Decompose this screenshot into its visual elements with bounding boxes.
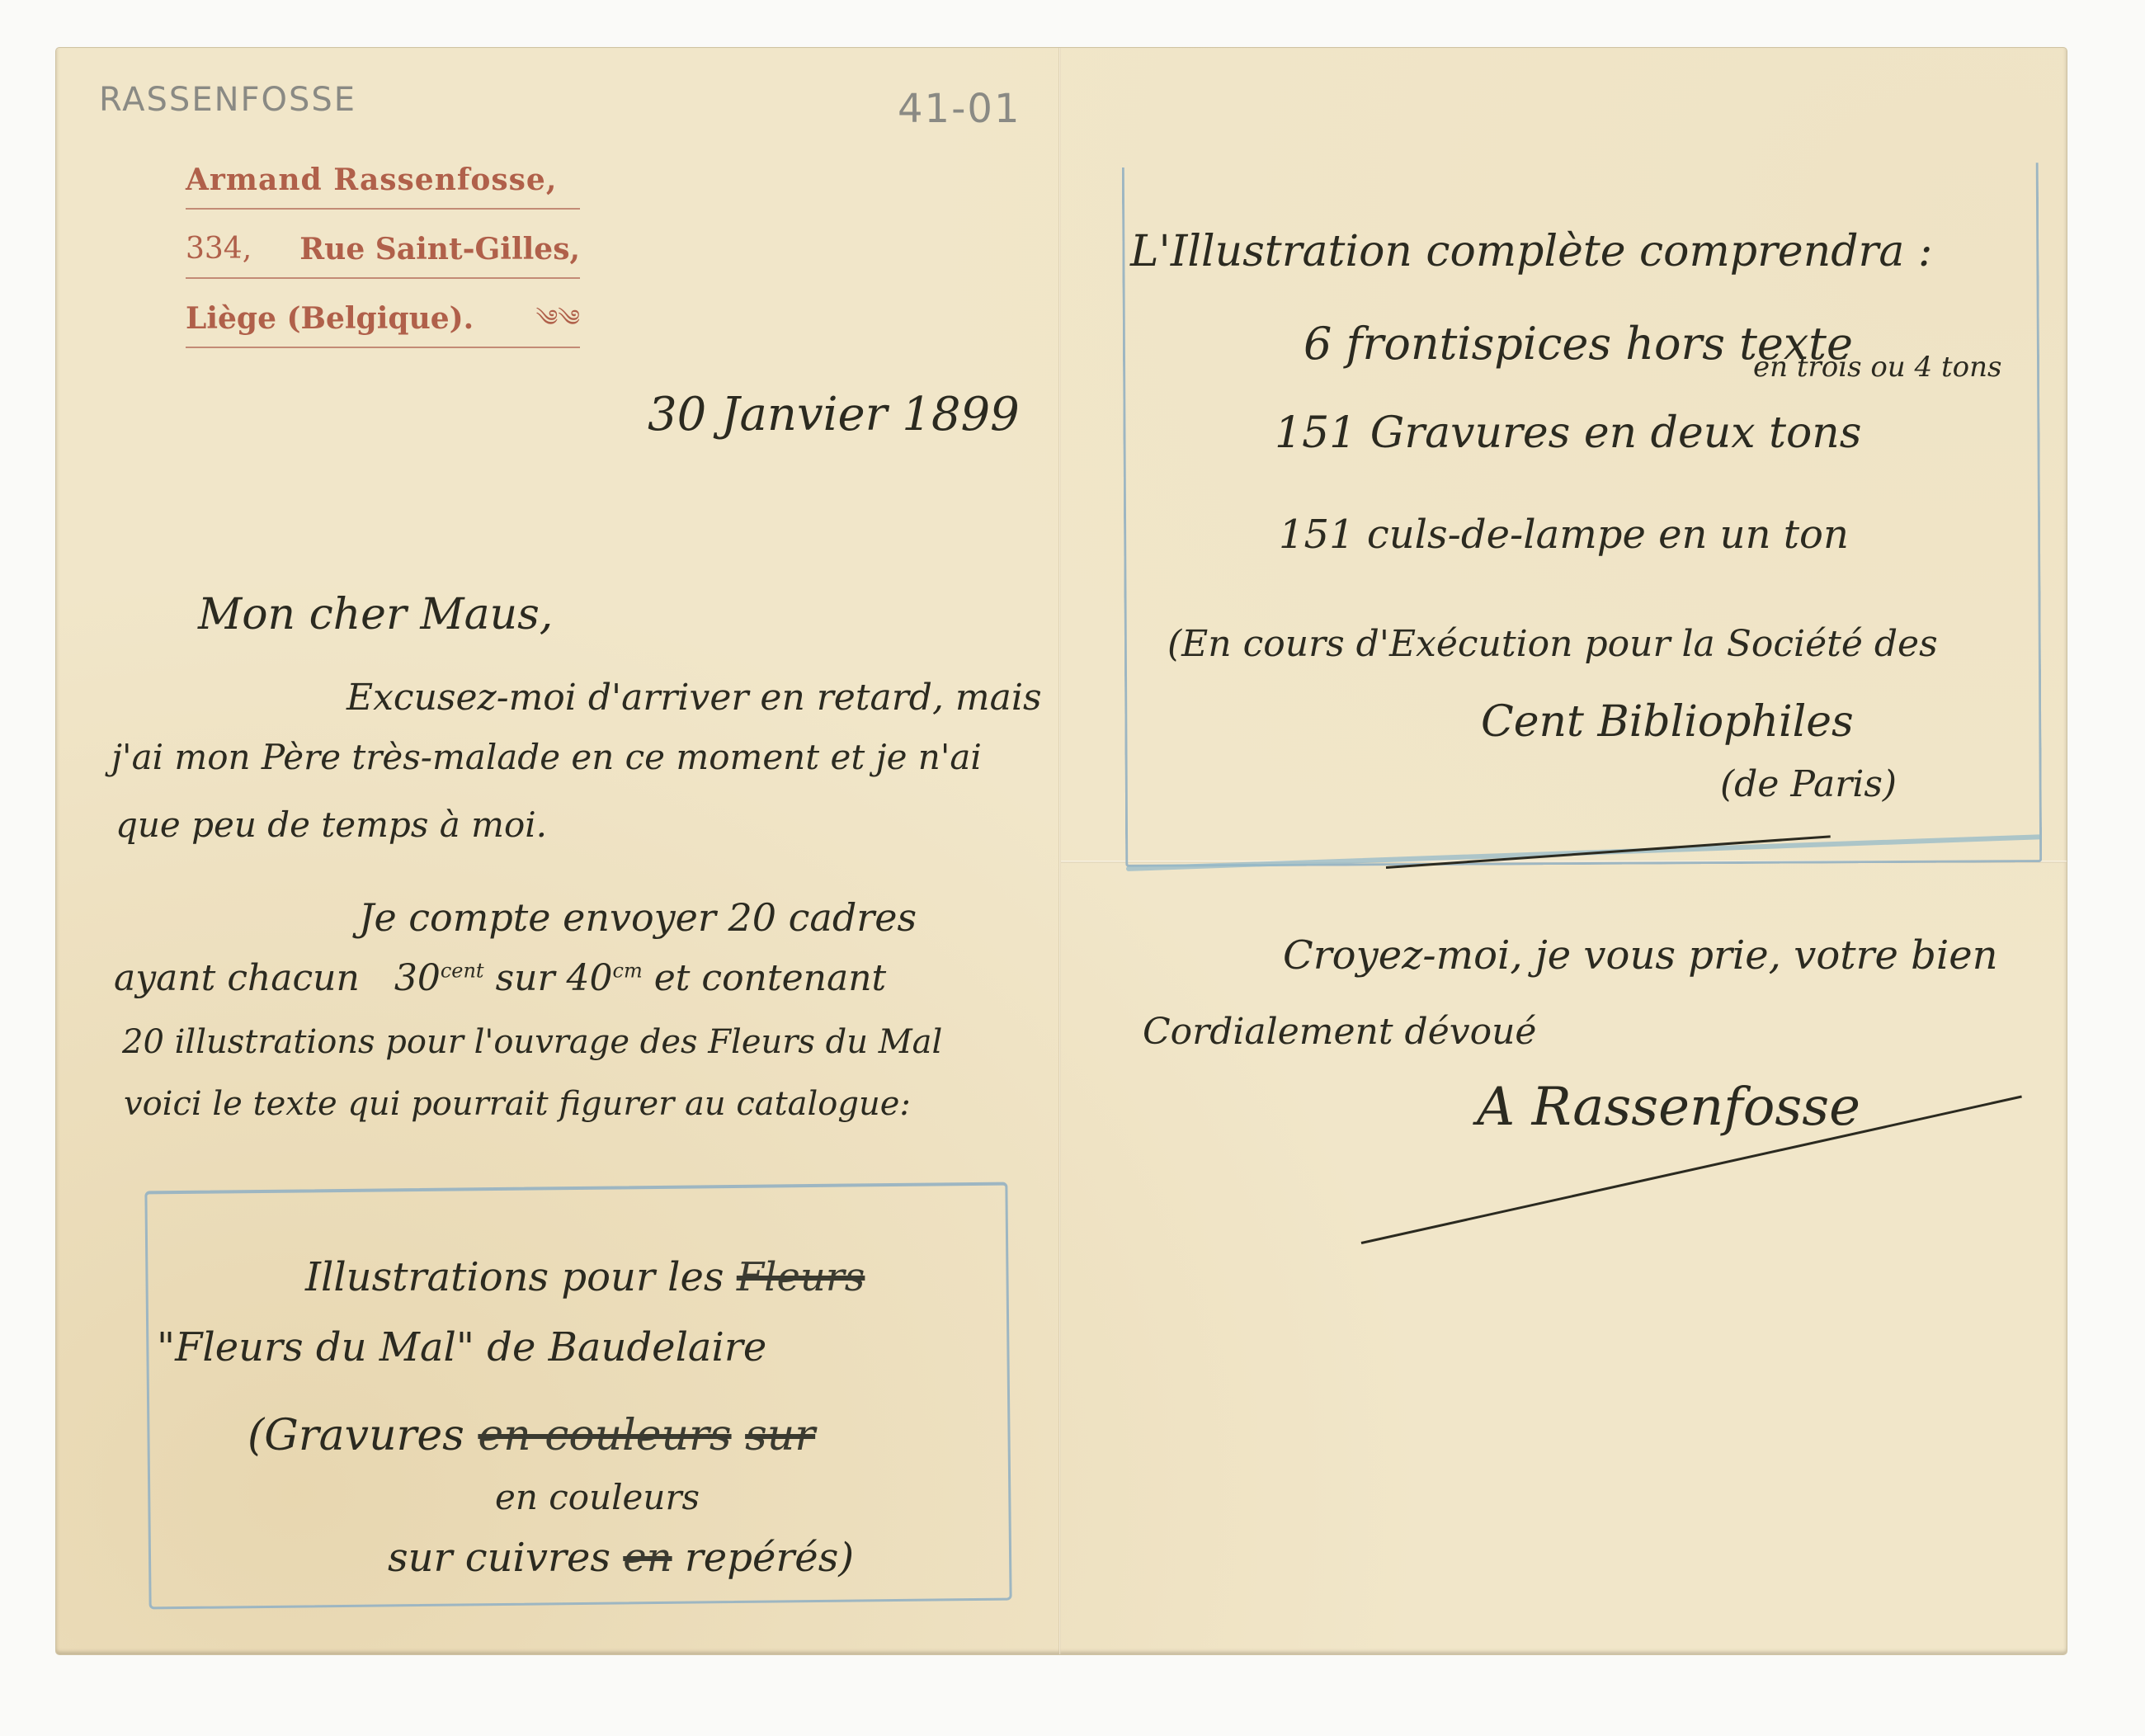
- paragraph2-line4: voici le texte qui pourrait figurer au c…: [124, 1085, 911, 1123]
- summary-note-line3: (de Paris): [1720, 763, 1897, 805]
- text-segment: et contenant: [654, 957, 887, 999]
- superscript: cent: [441, 959, 484, 982]
- paragraph2-line3: 20 illustrations pour l'ouvrage des Fleu…: [122, 1023, 942, 1061]
- struck-text: en couleurs: [478, 1411, 731, 1460]
- text-segment: 30: [394, 957, 441, 999]
- paragraph1-line2: j'ai mon Père très-malade en ce moment e…: [111, 737, 982, 777]
- ornament-icon: ༄༄: [536, 295, 580, 347]
- struck-text: en: [623, 1535, 672, 1581]
- letterhead-name-text: Armand Rassenfosse,: [186, 157, 557, 208]
- summary-item-culs-de-lampe: 151 culs-de-lampe en un ton: [1279, 512, 1849, 558]
- catalogue-line2: "Fleurs du Mal" de Baudelaire: [157, 1324, 766, 1370]
- vertical-fold: [1058, 48, 1061, 1654]
- summary-heading: L'Illustration complète comprendra :: [1130, 227, 1932, 276]
- letterhead-street-name: Rue Saint-Gilles,: [299, 226, 580, 277]
- pencil-archive-ref: 41-01: [898, 86, 1021, 132]
- catalogue-line4: en couleurs: [495, 1477, 700, 1517]
- catalogue-line1: Illustrations pour les Fleurs: [305, 1254, 865, 1300]
- summary-item-gravures: 151 Gravures en deux tons: [1275, 408, 1861, 458]
- text-segment: sur cuivres: [388, 1535, 610, 1581]
- closing-line1: Croyez-moi, je vous prie, votre bien: [1283, 932, 1998, 979]
- paragraph1-line3: que peu de temps à moi.: [115, 804, 547, 845]
- paragraph1-line1: Excusez-moi d'arriver en retard, mais: [346, 677, 1042, 719]
- closing-line2: Cordialement dévoué: [1143, 1011, 1536, 1053]
- letterhead-street-number: 334,: [186, 226, 252, 277]
- superscript: cm: [613, 959, 643, 982]
- struck-text: sur: [745, 1411, 815, 1460]
- text-segment: ayant chacun: [114, 957, 360, 999]
- letterhead: Armand Rassenfosse, 334, Rue Saint-Gille…: [186, 157, 580, 348]
- summary-item-frontispices-note: en trois ou 4 tons: [1753, 351, 2001, 384]
- catalogue-line3: (Gravures en couleurs sur: [247, 1411, 815, 1460]
- letterhead-city-text: Liège (Belgique).: [186, 295, 474, 347]
- salutation: Mon cher Maus,: [198, 590, 553, 639]
- summary-note-line1: (En cours d'Exécution pour la Société de…: [1167, 623, 1938, 665]
- paragraph2-line2: ayant chacun 30cent sur 40cm et contenan…: [114, 957, 886, 999]
- letterhead-name: Armand Rassenfosse,: [186, 157, 580, 210]
- signature: A Rassenfosse: [1477, 1077, 1860, 1138]
- text-segment: (Gravures: [247, 1411, 464, 1460]
- paragraph2-line1: Je compte envoyer 20 cadres: [359, 895, 917, 940]
- letterhead-street: 334, Rue Saint-Gilles,: [186, 226, 580, 279]
- letterhead-city: Liège (Belgique). ༄༄: [186, 295, 580, 348]
- letter-date: 30 Janvier 1899: [648, 388, 1020, 441]
- text-segment: sur 40: [496, 957, 613, 999]
- struck-text: Fleurs: [737, 1254, 865, 1300]
- text-segment: repérés): [685, 1535, 854, 1581]
- text-segment: Illustrations pour les: [305, 1254, 724, 1300]
- summary-note-line2: Cent Bibliophiles: [1481, 697, 1854, 747]
- pencil-archive-name: RASSENFOSSE: [99, 81, 356, 119]
- catalogue-line5: sur cuivres en repérés): [388, 1535, 854, 1581]
